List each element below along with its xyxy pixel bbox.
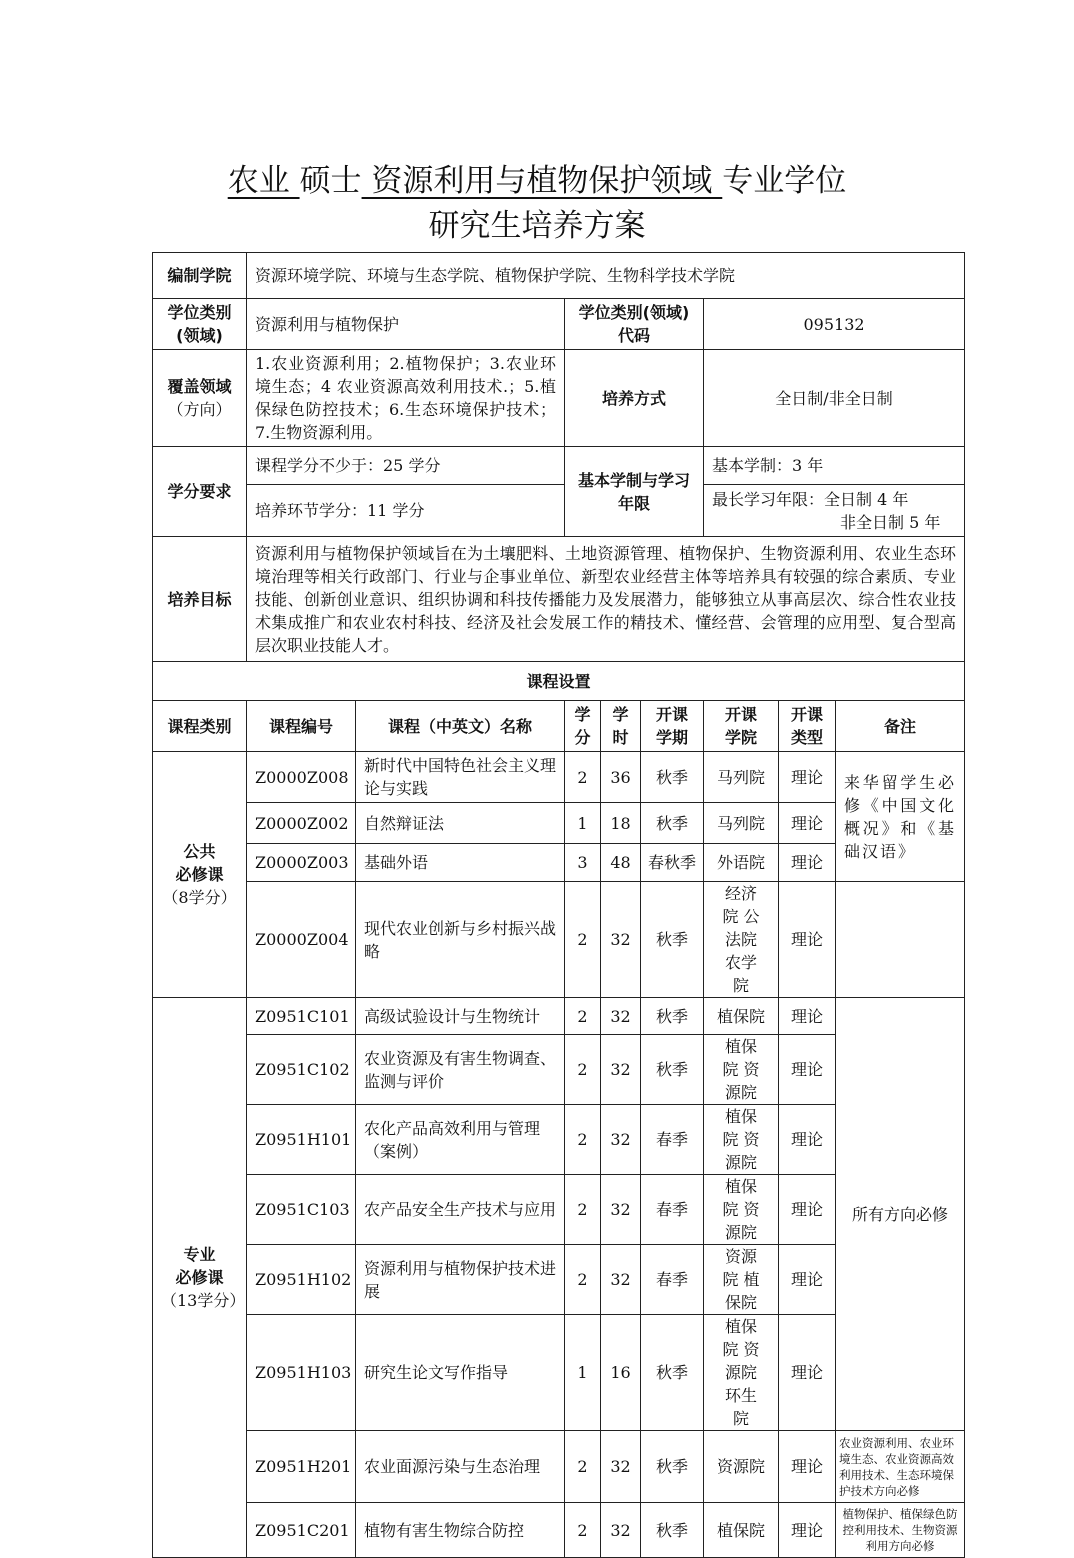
course-hours: 36	[601, 752, 641, 803]
course-college: 植保院 资源院	[704, 1175, 779, 1245]
course-college: 外语院	[704, 844, 779, 882]
college-value: 资源环境学院、环境与生态学院、植物保护学院、生物科学技术学院	[247, 253, 965, 299]
category-line2: 必修课	[161, 863, 238, 886]
goal-label: 培养目标	[153, 537, 247, 662]
course-code: Z0000Z004	[247, 882, 356, 998]
title-part-discipline: 农业	[228, 163, 300, 199]
course-term: 秋季	[641, 803, 704, 844]
duration-max: 最长学习年限：全日制 4 年非全日制 5 年	[704, 485, 965, 537]
header-category: 课程类别	[153, 701, 247, 752]
header-remark: 备注	[836, 701, 965, 752]
table-row: 公共 必修课 （8学分） Z0000Z008 新时代中国特色社会主义理论与实践 …	[153, 752, 965, 803]
course-credit: 2	[565, 752, 601, 803]
course-term: 春季	[641, 1175, 704, 1245]
credit-training: 培养环节学分：11 学分	[247, 485, 565, 537]
title-part-type: 专业学位	[722, 163, 846, 199]
table-row: Z0951C201 植物有害生物综合防控 2 32 秋季 植保院 理论 植物保护…	[153, 1503, 965, 1558]
duration-label: 基本学制与学习年限	[565, 447, 704, 537]
header-type: 开课类型	[779, 701, 836, 752]
table-row: Z0951H201 农业面源污染与生态治理 2 32 秋季 资源院 理论 农业资…	[153, 1431, 965, 1503]
course-code: Z0951H103	[247, 1315, 356, 1431]
coverage-label: 覆盖领域（方向）	[153, 350, 247, 447]
course-remark-empty	[836, 882, 965, 998]
course-code: Z0951C102	[247, 1035, 356, 1105]
course-name: 研究生论文写作指导	[356, 1315, 565, 1431]
course-remark: 农业资源利用、农业环境生态、农业资源高效利用技术、生态环境保护技术方向必修	[836, 1431, 965, 1503]
document-title-line2: 研究生培养方案	[0, 200, 1074, 245]
course-credit: 2	[565, 1105, 601, 1175]
row-section-title: 课程设置	[153, 662, 965, 701]
course-hours: 18	[601, 803, 641, 844]
category-line2: 必修课	[161, 1266, 238, 1289]
course-code: Z0951H102	[247, 1245, 356, 1315]
course-term: 春季	[641, 1105, 704, 1175]
training-plan-table: 编制学院 资源环境学院、环境与生态学院、植物保护学院、生物科学技术学院 学位类别…	[152, 252, 965, 1558]
course-term: 春秋季	[641, 844, 704, 882]
header-hours: 学时	[601, 701, 641, 752]
duration-max-parttime: 非全日制 5 年	[712, 511, 956, 534]
coverage-value: 1.农业资源利用；2.植物保护；3.农业环境生态；4 农业资源高效利用技术.；5…	[247, 350, 565, 447]
course-college: 马列院	[704, 752, 779, 803]
coverage-label-main: 覆盖领域	[161, 375, 238, 398]
course-hours: 48	[601, 844, 641, 882]
row-coverage: 覆盖领域（方向） 1.农业资源利用；2.植物保护；3.农业环境生态；4 农业资源…	[153, 350, 965, 447]
course-hours: 32	[601, 882, 641, 998]
course-code: Z0000Z003	[247, 844, 356, 882]
course-credit: 2	[565, 1431, 601, 1503]
course-credit: 2	[565, 998, 601, 1035]
course-college: 植保院 资源院 环生院	[704, 1315, 779, 1431]
document-title-line1: 农业 硕士 资源利用与植物保护领域 专业学位	[0, 155, 1074, 200]
course-hours: 16	[601, 1315, 641, 1431]
course-name: 新时代中国特色社会主义理论与实践	[356, 752, 565, 803]
course-code: Z0951C201	[247, 1503, 356, 1558]
course-college: 植保院 资源院	[704, 1035, 779, 1105]
row-college: 编制学院 资源环境学院、环境与生态学院、植物保护学院、生物科学技术学院	[153, 253, 965, 299]
degree-code-value: 095132	[704, 299, 965, 350]
course-credit: 2	[565, 1035, 601, 1105]
course-type: 理论	[779, 1245, 836, 1315]
course-type: 理论	[779, 803, 836, 844]
row-credit-1: 学分要求 课程学分不少于：25 学分 基本学制与学习年限 基本学制：3 年	[153, 447, 965, 485]
course-hours: 32	[601, 1175, 641, 1245]
course-name: 现代农业创新与乡村振兴战略	[356, 882, 565, 998]
title-part-degree: 硕士	[300, 163, 362, 199]
course-name: 农化产品高效利用与管理（案例）	[356, 1105, 565, 1175]
course-name: 高级试验设计与生物统计	[356, 998, 565, 1035]
course-type: 理论	[779, 1503, 836, 1558]
course-credit: 2	[565, 1245, 601, 1315]
course-college: 资源院	[704, 1431, 779, 1503]
course-type: 理论	[779, 1175, 836, 1245]
course-remark: 植物保护、植保绿色防控利用技术、生物资源利用方向必修	[836, 1503, 965, 1558]
credit-course: 课程学分不少于：25 学分	[247, 447, 565, 485]
course-credit: 2	[565, 882, 601, 998]
course-name: 植物有害生物综合防控	[356, 1503, 565, 1558]
course-credit: 2	[565, 1175, 601, 1245]
course-term: 秋季	[641, 1035, 704, 1105]
degree-field-value: 资源利用与植物保护	[247, 299, 565, 350]
course-name: 自然辩证法	[356, 803, 565, 844]
header-credit: 学分	[565, 701, 601, 752]
course-college: 资源院 植保院	[704, 1245, 779, 1315]
course-name: 基础外语	[356, 844, 565, 882]
course-code: Z0951C101	[247, 998, 356, 1035]
credit-label: 学分要求	[153, 447, 247, 537]
degree-field-label: 学位类别(领域)	[153, 299, 247, 350]
course-credit: 1	[565, 803, 601, 844]
course-name: 农业资源及有害生物调查、监测与评价	[356, 1035, 565, 1105]
category-public: 公共 必修课 （8学分）	[153, 752, 247, 998]
college-label: 编制学院	[153, 253, 247, 299]
course-code: Z0951H101	[247, 1105, 356, 1175]
category-line1: 专业	[161, 1243, 238, 1266]
course-type: 理论	[779, 1315, 836, 1431]
course-remark: 所有方向必修	[836, 998, 965, 1431]
course-type: 理论	[779, 844, 836, 882]
training-mode-label: 培养方式	[565, 350, 704, 447]
degree-code-label: 学位类别(领域)代码	[565, 299, 704, 350]
course-term: 春季	[641, 1245, 704, 1315]
course-code: Z0000Z008	[247, 752, 356, 803]
course-type: 理论	[779, 1431, 836, 1503]
course-hours: 32	[601, 1431, 641, 1503]
course-name: 农产品安全生产技术与应用	[356, 1175, 565, 1245]
course-hours: 32	[601, 1035, 641, 1105]
course-code: Z0951H201	[247, 1431, 356, 1503]
course-type: 理论	[779, 998, 836, 1035]
category-professional: 专业 必修课 （13学分）	[153, 998, 247, 1558]
course-header-row: 课程类别 课程编号 课程（中英文）名称 学分 学时 开课学期 开课学院 开课类型…	[153, 701, 965, 752]
coverage-label-sub: （方向）	[161, 398, 238, 421]
course-hours: 32	[601, 1503, 641, 1558]
course-term: 秋季	[641, 752, 704, 803]
header-name: 课程（中英文）名称	[356, 701, 565, 752]
course-college: 经济院 公法院 农学院	[704, 882, 779, 998]
table-row: 专业 必修课 （13学分） Z0951C101 高级试验设计与生物统计 2 32…	[153, 998, 965, 1035]
row-credit-2: 培养环节学分：11 学分 最长学习年限：全日制 4 年非全日制 5 年	[153, 485, 965, 537]
row-goal: 培养目标 资源利用与植物保护领域旨在为土壤肥料、土地资源管理、植物保护、生物资源…	[153, 537, 965, 662]
course-term: 秋季	[641, 1503, 704, 1558]
course-term: 秋季	[641, 882, 704, 998]
course-college: 植保院	[704, 998, 779, 1035]
course-college: 植保院 资源院	[704, 1105, 779, 1175]
course-hours: 32	[601, 1105, 641, 1175]
course-type: 理论	[779, 1105, 836, 1175]
duration-max-fulltime: 最长学习年限：全日制 4 年	[712, 488, 956, 511]
course-type: 理论	[779, 752, 836, 803]
course-college: 植保院	[704, 1503, 779, 1558]
course-code: Z0000Z002	[247, 803, 356, 844]
course-term: 秋季	[641, 1431, 704, 1503]
category-line3: （13学分）	[161, 1289, 238, 1312]
category-line3: （8学分）	[161, 886, 238, 909]
table-row: Z0000Z004 现代农业创新与乡村振兴战略 2 32 秋季 经济院 公法院 …	[153, 882, 965, 998]
header-code: 课程编号	[247, 701, 356, 752]
row-degree-field: 学位类别(领域) 资源利用与植物保护 学位类别(领域)代码 095132	[153, 299, 965, 350]
course-hours: 32	[601, 998, 641, 1035]
header-college: 开课学院	[704, 701, 779, 752]
training-mode-value: 全日制/非全日制	[704, 350, 965, 447]
title-part-field: 资源利用与植物保护领域	[362, 163, 723, 199]
header-term: 开课学期	[641, 701, 704, 752]
course-term: 秋季	[641, 998, 704, 1035]
duration-basic: 基本学制：3 年	[704, 447, 965, 485]
course-remark: 来华留学生必修《中国文化概况》和《基础汉语》	[836, 752, 965, 882]
course-name: 资源利用与植物保护技术进展	[356, 1245, 565, 1315]
course-credit: 1	[565, 1315, 601, 1431]
goal-value: 资源利用与植物保护领域旨在为土壤肥料、土地资源管理、植物保护、生物资源利用、农业…	[247, 537, 965, 662]
course-term: 秋季	[641, 1315, 704, 1431]
course-college: 马列院	[704, 803, 779, 844]
course-credit: 3	[565, 844, 601, 882]
course-name: 农业面源污染与生态治理	[356, 1431, 565, 1503]
course-credit: 2	[565, 1503, 601, 1558]
course-code: Z0951C103	[247, 1175, 356, 1245]
course-hours: 32	[601, 1245, 641, 1315]
course-section-title: 课程设置	[153, 662, 965, 701]
course-type: 理论	[779, 1035, 836, 1105]
category-line1: 公共	[161, 840, 238, 863]
course-type: 理论	[779, 882, 836, 998]
